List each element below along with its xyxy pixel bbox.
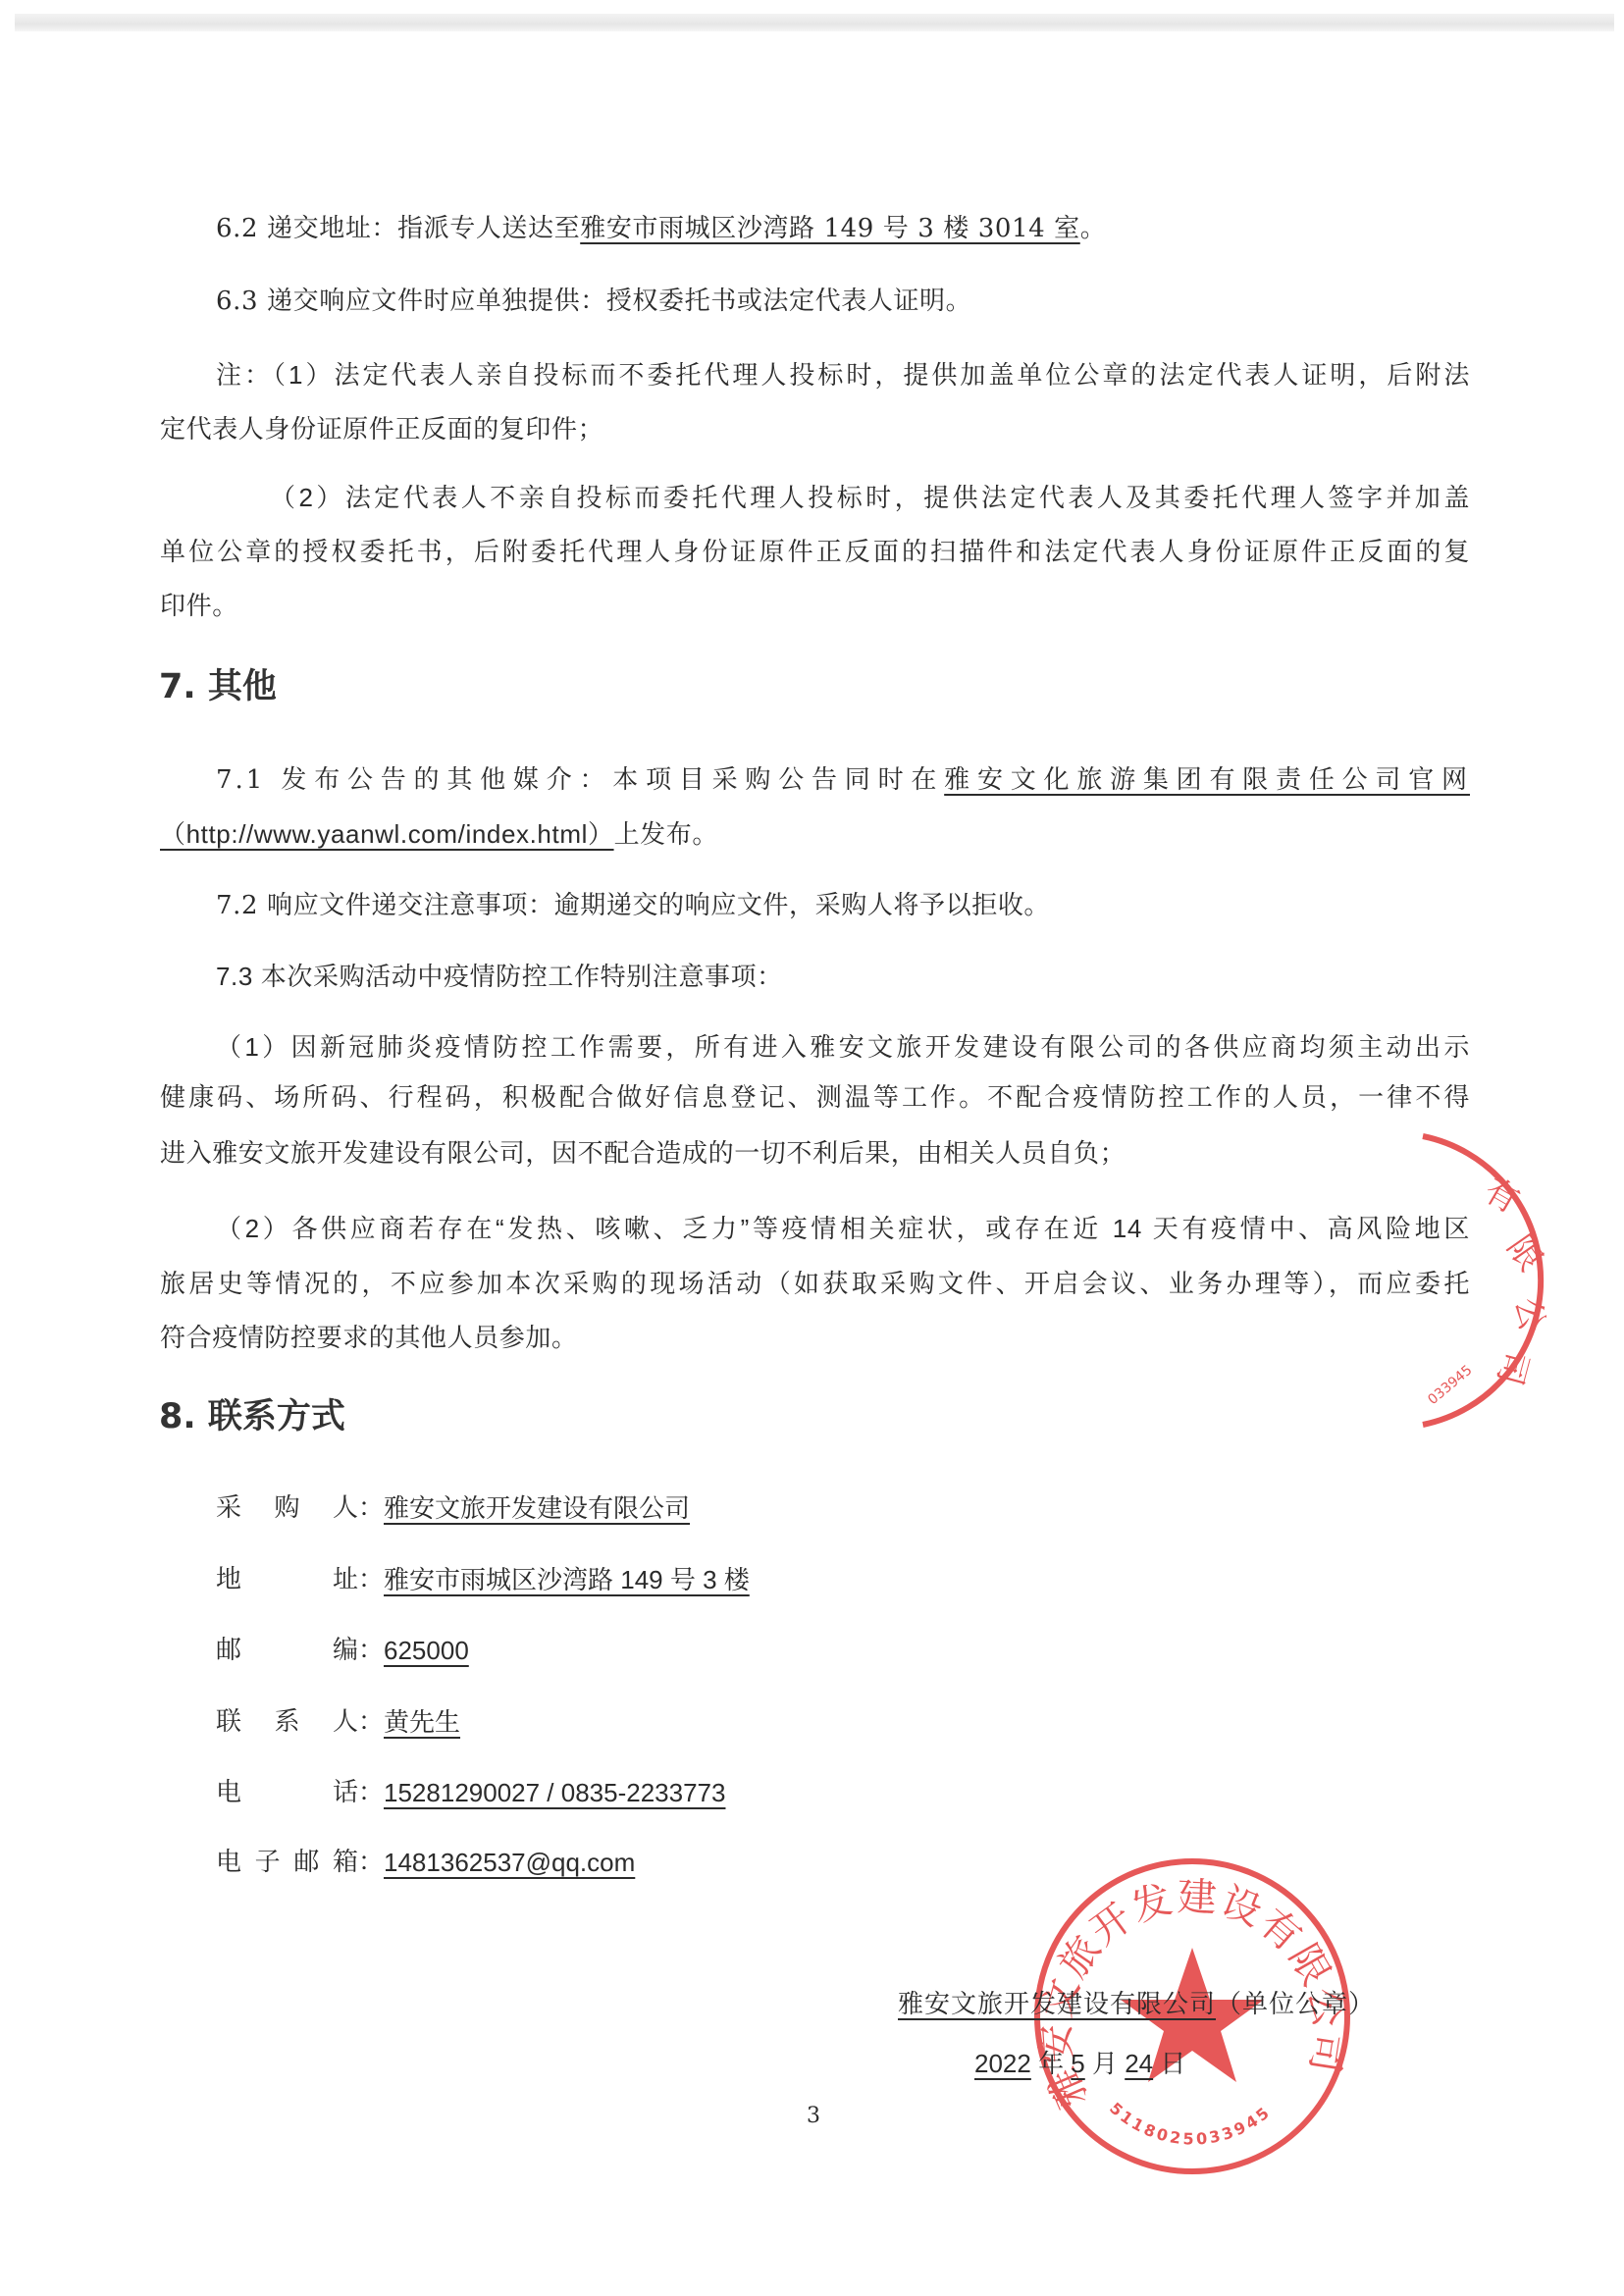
seal-note: （单位公章） [1216,1990,1375,2019]
signature-company: 雅安文旅开发建设有限公司 [898,1990,1216,2019]
contact-colon: ： [358,1631,384,1670]
contact-row: 联系人：黄先生 [216,1702,460,1742]
contact-label-char: 地 [216,1560,241,1599]
note-2-line-3: 印件。 [160,586,1470,625]
contact-colon: ： [358,1773,384,1812]
signature-date: 2022 年 5 月 24 日 [974,2044,1185,2083]
note-1-line-1: 注：（1）法定代表人亲自投标而不委托代理人投标时，提供加盖单位公章的法定代表人证… [216,355,1470,394]
item-2-line-2: 旅居史等情况的，不应参加本次采购的现场活动（如获取采购文件、开启会议、业务办理等… [160,1264,1470,1303]
paragraph-7-1-line-1: 7.1 发布公告的其他媒介：本项目采购公告同时在雅安文化旅游集团有限责任公司官网 [216,760,1470,800]
contact-label-char: 邮 [216,1631,241,1670]
contact-label-char: 址 [333,1560,358,1599]
item-1-line-1: （1）因新冠肺炎疫情防控工作需要，所有进入雅安文旅开发建设有限公司的各供应商均须… [216,1027,1470,1067]
contact-label-char: 话 [333,1773,358,1812]
contact-row: 邮编：625000 [216,1631,469,1670]
contact-label-char: 采 [216,1488,241,1528]
paragraph-6-3: 6.3 递交响应文件时应单独提供：授权委托书或法定代表人证明。 [216,282,1470,321]
contact-row: 地址：雅安市雨城区沙湾路 149 号 3 楼 [216,1560,750,1599]
contact-label: 电话 [216,1773,358,1812]
contact-label-char: 电 [216,1843,241,1882]
official-site-name: 雅安文化旅游集团有限责任公司官网 [944,765,1470,795]
contact-value: 15281290027 / 0835-2233773 [384,1773,725,1812]
contact-value: 625000 [384,1631,469,1670]
paragraph-7-2: 7.2 响应文件递交注意事项：逾期递交的响应文件，采购人将予以拒收。 [216,886,1470,925]
p7-1-prefix: 7.1 发布公告的其他媒介：本项目采购公告同时在 [216,765,944,795]
note-1-line-2: 定代表人身份证原件正反面的复印件； [160,409,1470,448]
contact-value: 雅安文旅开发建设有限公司 [384,1488,690,1528]
page-number: 3 [807,2102,820,2131]
contact-colon: ： [358,1560,384,1599]
p6-2-suffix: 。 [1080,214,1107,243]
scan-edge-band [15,14,1614,31]
note-2-line-1: （2）法定代表人不亲自投标而委托代理人投标时，提供法定代表人及其委托代理人签字并… [270,478,1470,517]
contact-label: 邮编 [216,1631,358,1670]
contact-value: 雅安市雨城区沙湾路 149 号 3 楼 [384,1560,750,1599]
contact-label-char: 子 [255,1843,281,1882]
paragraph-6-2: 6.2 递交地址：指派专人送达至雅安市雨城区沙湾路 149 号 3 楼 3014… [216,209,1470,248]
contact-label-char: 人 [333,1488,358,1528]
svg-text:公: 公 [1507,1295,1551,1334]
contact-label-char: 系 [274,1702,299,1742]
contact-label: 采购人 [216,1488,358,1528]
signature-company-line: 雅安文旅开发建设有限公司（单位公章） [898,1985,1375,2024]
note-2-line-2: 单位公章的授权委托书，后附委托代理人身份证原件正反面的扫描件和法定代表人身份证原… [160,532,1470,571]
p7-1-suffix: 上发布。 [614,820,718,850]
contact-label: 地址 [216,1560,358,1599]
delivery-address: 雅安市雨城区沙湾路 149 号 3 楼 3014 室 [580,214,1080,243]
contact-label: 联系人 [216,1702,358,1742]
contact-label-char: 编 [333,1631,358,1670]
contact-label-char: 购 [274,1488,299,1528]
item-2-line-1: （2）各供应商若存在“发热、咳嗽、乏力”等疫情相关症状，或存在近 14 天有疫情… [216,1209,1470,1248]
section-7-heading: 7. 其他 [159,663,277,710]
item-1-line-3: 进入雅安文旅开发建设有限公司，因不配合造成的一切不利后果，由相关人员自负； [160,1133,1470,1173]
paragraph-7-1-line-2: （http://www.yaanwl.com/index.html）上发布。 [160,814,1470,854]
contact-label-char: 联 [216,1702,241,1742]
contact-value: 黄先生 [384,1702,460,1742]
date-day: 24 [1125,2049,1153,2078]
contact-label-char: 人 [333,1702,358,1742]
partial-seal-stamp: 有 限 公 司 033945 [1413,1128,1624,1433]
contact-label-char: 邮 [293,1843,319,1882]
month-unit: 月 [1085,2049,1125,2078]
section-8-heading: 8. 联系方式 [159,1393,345,1440]
item-2-line-3: 符合疫情防控要求的其他人员参加。 [160,1318,1470,1357]
contact-value[interactable]: 1481362537@qq.com [384,1843,635,1882]
contact-colon: ： [358,1702,384,1742]
seal-code: 5118025033945 [1106,2099,1275,2149]
contact-colon: ： [358,1843,384,1882]
day-unit: 日 [1153,2049,1185,2078]
official-site-url[interactable]: （http://www.yaanwl.com/index.html） [160,819,614,849]
svg-text:5118025033945: 5118025033945 [1106,2099,1275,2149]
contact-label-char: 箱 [333,1843,358,1882]
contact-label-char: 电 [216,1773,241,1812]
contact-row: 电子邮箱：1481362537@qq.com [216,1843,635,1882]
date-year: 2022 [974,2049,1031,2078]
year-unit: 年 [1031,2049,1071,2078]
p6-2-prefix: 6.2 递交地址：指派专人送达至 [216,214,580,243]
contact-row: 电话：15281290027 / 0835-2233773 [216,1773,725,1812]
contact-row: 采购人：雅安文旅开发建设有限公司 [216,1488,690,1528]
contact-label: 电子邮箱 [216,1843,358,1882]
date-month: 5 [1071,2049,1084,2078]
paragraph-7-3: 7.3 本次采购活动中疫情防控工作特别注意事项： [216,957,1470,996]
item-1-line-2: 健康码、场所码、行程码，积极配合做好信息登记、测温等工作。不配合疫情防控工作的人… [160,1077,1470,1117]
svg-text:033945: 033945 [1425,1362,1475,1408]
contact-colon: ： [358,1488,384,1528]
svg-text:有: 有 [1478,1171,1526,1222]
